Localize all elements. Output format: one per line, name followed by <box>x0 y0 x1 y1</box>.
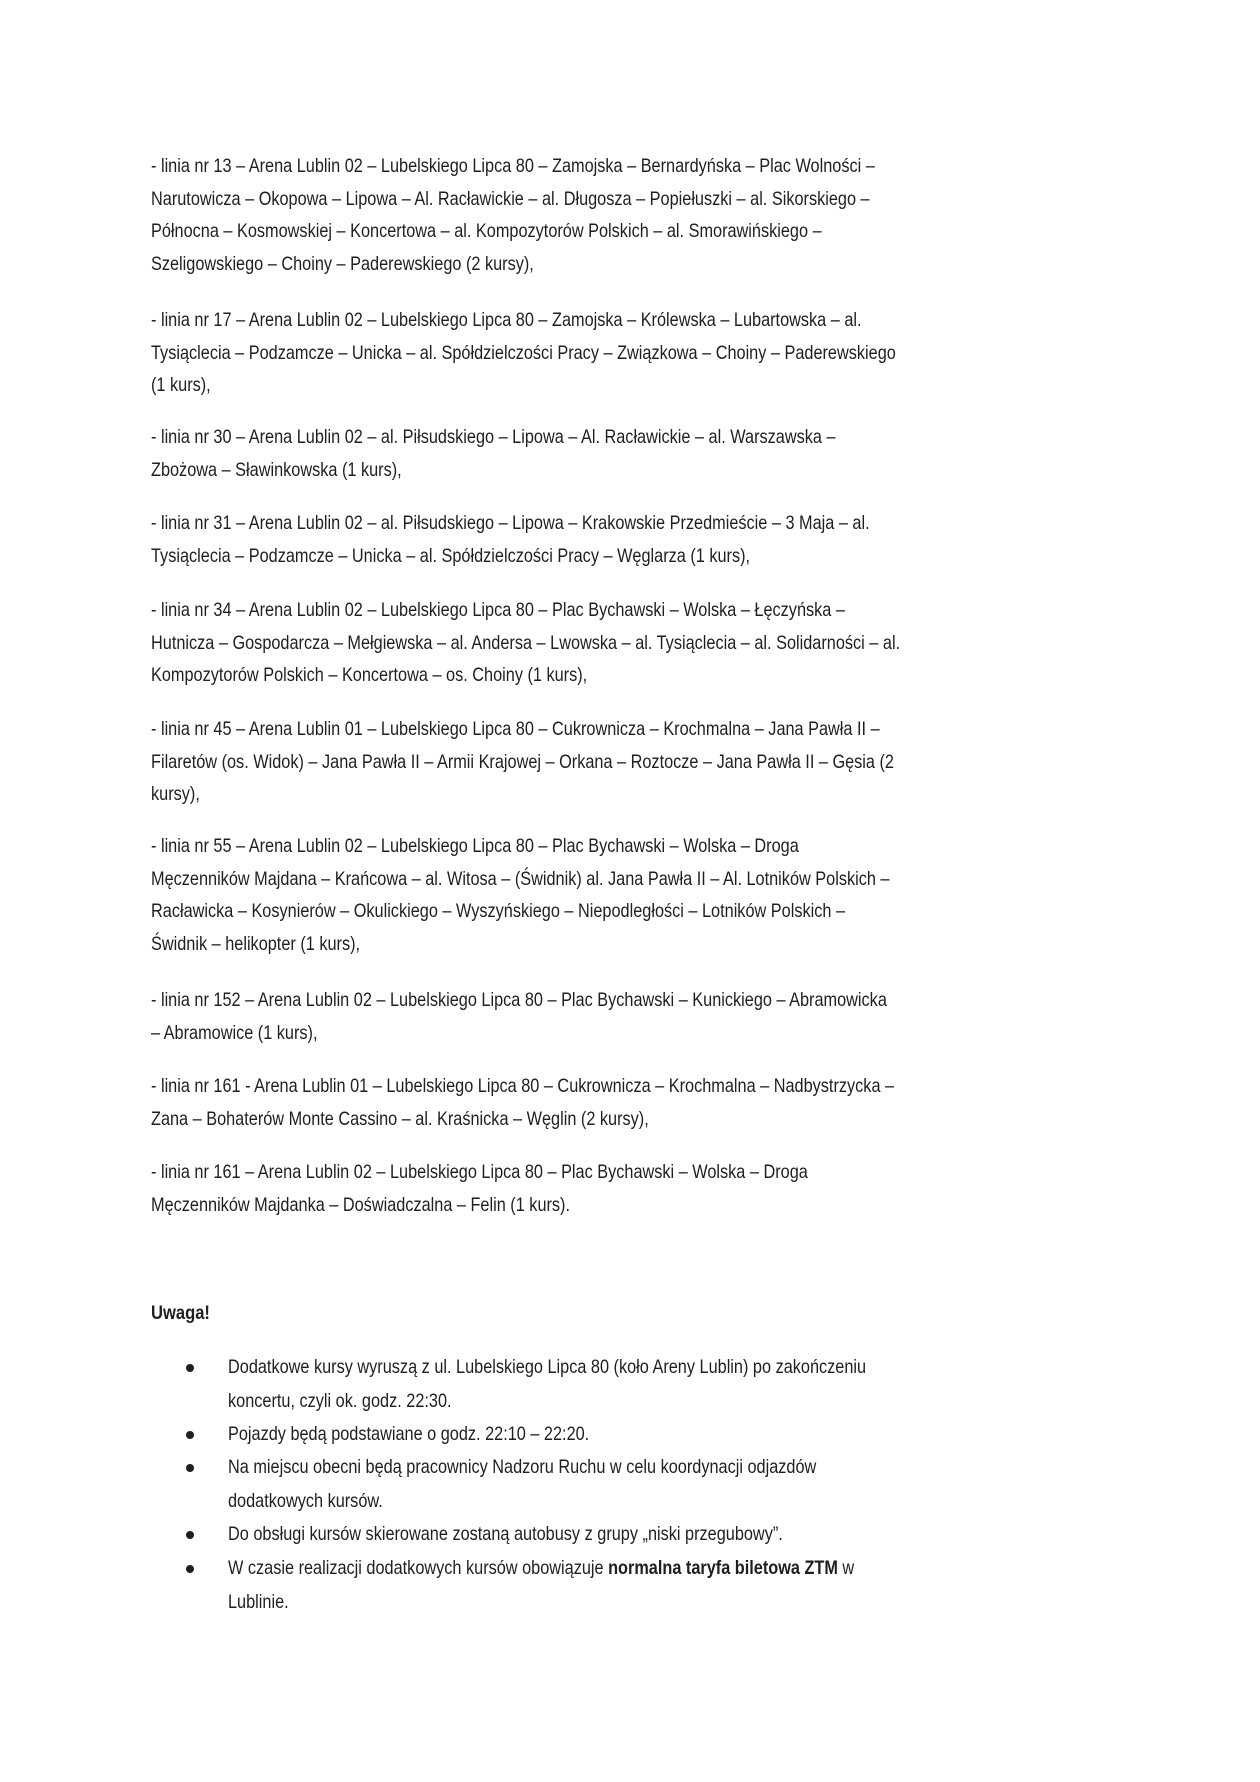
route-line-text: - linia nr 31 – Arena Lublin 02 – al. Pi… <box>151 507 870 540</box>
route-line-text: kursy), <box>151 778 894 811</box>
route-line-text: Męczenników Majdanka – Doświadczalna – F… <box>151 1189 808 1222</box>
route-line-text: - linia nr 13 – Arena Lublin 02 – Lubels… <box>151 150 875 183</box>
bullet-line-text: dodatkowych kursów. <box>228 1485 816 1519</box>
route-line-text: - linia nr 34 – Arena Lublin 02 – Lubels… <box>151 594 900 627</box>
bullet-line-text: koncertu, czyli ok. godz. 22:30. <box>228 1385 866 1419</box>
bullet-icon <box>186 1531 194 1539</box>
route-line-text: Zana – Bohaterów Monte Cassino – al. Kra… <box>151 1103 894 1136</box>
route-line-text: Filaretów (os. Widok) – Jana Pawła II – … <box>151 746 894 779</box>
bullet-icon <box>186 1565 194 1573</box>
fare-emphasis: normalna taryfa biletowa ZTM <box>608 1557 838 1579</box>
route-line-text: Racławicka – Kosynierów – Okulickiego – … <box>151 895 890 928</box>
route-paragraph-17: - linia nr 17 – Arena Lublin 02 – Lubels… <box>151 304 1043 402</box>
bullet-line-text: Do obsługi kursów skierowane zostaną aut… <box>228 1518 783 1552</box>
bullet-icon <box>186 1431 194 1439</box>
route-line-text: Szeligowskiego – Choiny – Paderewskiego … <box>151 248 875 281</box>
route-paragraph-31: - linia nr 31 – Arena Lublin 02 – al. Pi… <box>151 507 1012 572</box>
bullet-line-text: W czasie realizacji dodatkowych kursów o… <box>228 1552 854 1586</box>
bullet-line-text: Na miejscu obecni będą pracownicy Nadzor… <box>228 1451 816 1485</box>
route-line-text: Świdnik – helikopter (1 kurs), <box>151 928 890 961</box>
route-paragraph-161-a: - linia nr 161 - Arena Lublin 01 – Lubel… <box>151 1070 1041 1135</box>
bullet-icon <box>186 1364 194 1372</box>
bullet-icon <box>186 1464 194 1472</box>
route-line-text: - linia nr 161 - Arena Lublin 01 – Lubel… <box>151 1070 894 1103</box>
route-line-text: (1 kurs), <box>151 369 896 402</box>
route-line-text: - linia nr 55 – Arena Lublin 02 – Lubels… <box>151 830 890 863</box>
route-line-text: Kompozytorów Polskich – Koncertowa – os.… <box>151 659 900 692</box>
route-paragraph-152: - linia nr 152 – Arena Lublin 02 – Lubel… <box>151 984 1032 1049</box>
route-paragraph-34: - linia nr 34 – Arena Lublin 02 – Lubels… <box>151 594 1048 692</box>
route-paragraph-30: - linia nr 30 – Arena Lublin 02 – al. Pi… <box>151 421 971 486</box>
route-paragraph-55: - linia nr 55 – Arena Lublin 02 – Lubels… <box>151 830 1035 960</box>
route-line-text: - linia nr 152 – Arena Lublin 02 – Lubel… <box>151 984 887 1017</box>
bullet-line-text: Lublinie. <box>228 1586 854 1620</box>
route-paragraph-161-b: - linia nr 161 – Arena Lublin 02 – Lubel… <box>151 1156 938 1221</box>
bullet-line-text: Pojazdy będą podstawiane o godz. 22:10 –… <box>228 1418 589 1452</box>
bullet-line-text: Dodatkowe kursy wyruszą z ul. Lubelskieg… <box>228 1351 866 1385</box>
route-line-text: - linia nr 30 – Arena Lublin 02 – al. Pi… <box>151 421 836 454</box>
route-line-text: - linia nr 161 – Arena Lublin 02 – Lubel… <box>151 1156 808 1189</box>
bullet-text-plain: w <box>838 1557 854 1579</box>
route-line-text: Hutnicza – Gospodarcza – Mełgiewska – al… <box>151 627 900 660</box>
route-line-text: Narutowicza – Okopowa – Lipowa – Al. Rac… <box>151 183 875 216</box>
route-line-text: Północna – Kosmowskiej – Koncertowa – al… <box>151 215 875 248</box>
bullet-text-plain: W czasie realizacji dodatkowych kursów o… <box>228 1557 608 1579</box>
route-line-text: Zbożowa – Sławinkowska (1 kurs), <box>151 454 836 487</box>
route-line-text: – Abramowice (1 kurs), <box>151 1017 887 1050</box>
route-paragraph-13: - linia nr 13 – Arena Lublin 02 – Lubels… <box>151 150 1018 280</box>
route-line-text: Tysiąclecia – Podzamcze – Unicka – al. S… <box>151 337 896 370</box>
route-line-text: - linia nr 17 – Arena Lublin 02 – Lubels… <box>151 304 896 337</box>
route-line-text: Tysiąclecia – Podzamcze – Unicka – al. S… <box>151 540 870 573</box>
notice-heading: Uwaga! <box>151 1297 210 1329</box>
route-paragraph-45: - linia nr 45 – Arena Lublin 01 – Lubels… <box>151 713 1041 811</box>
route-line-text: Męczenników Majdana – Krańcowa – al. Wit… <box>151 863 890 896</box>
route-line-text: - linia nr 45 – Arena Lublin 01 – Lubels… <box>151 713 894 746</box>
